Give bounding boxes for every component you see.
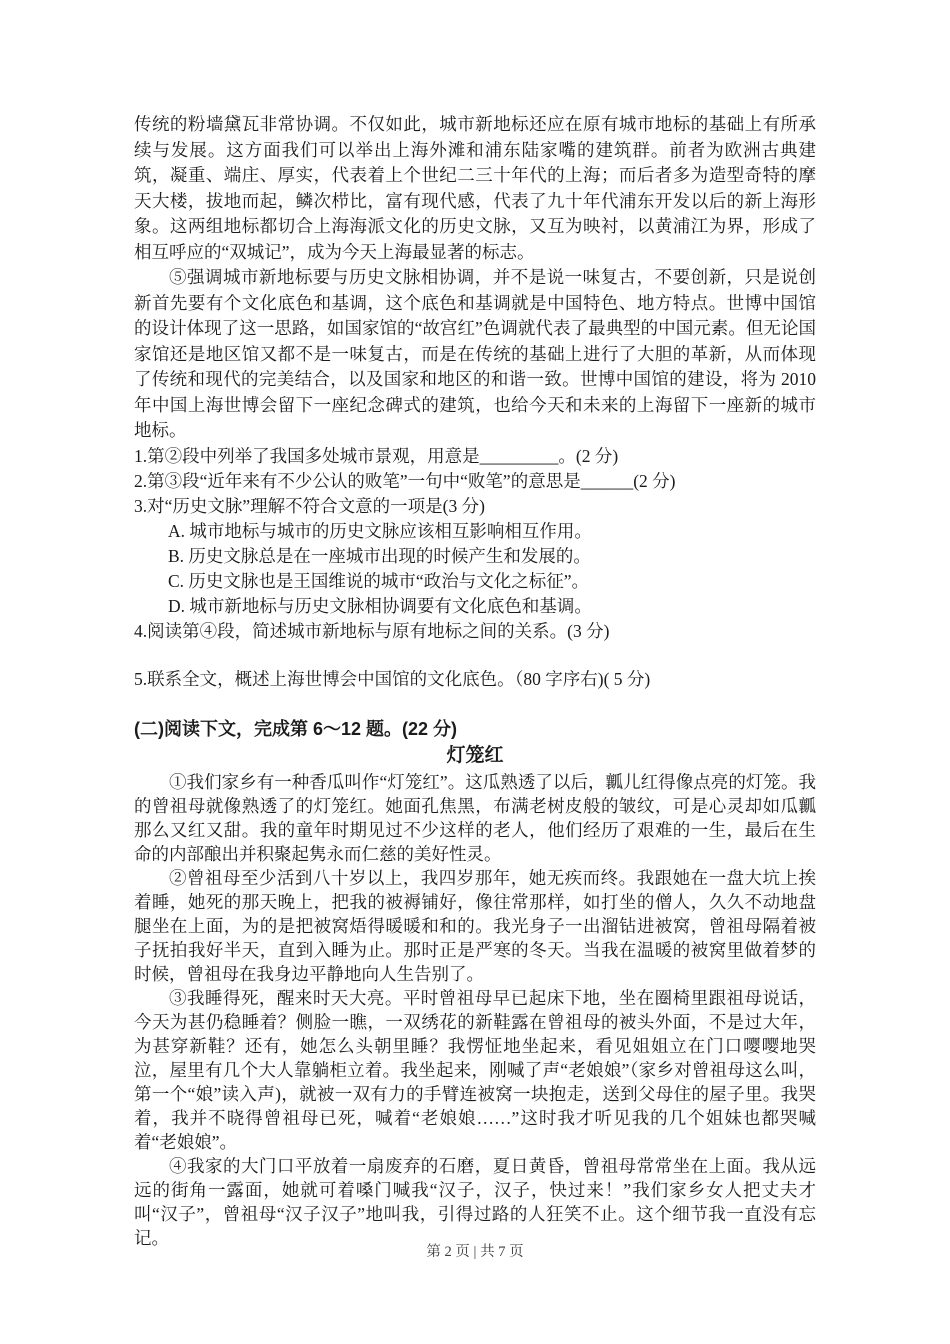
essay-paragraph-5: ⑤强调城市新地标要与历史文脉相协调，并不是说一味复古，不要创新，只是说创新首先要… [134, 265, 816, 444]
question-1: 1.第②段中列举了我国多处城市景观，用意是_________。(2 分) [134, 444, 816, 469]
question-2: 2.第③段“近年来有不少公认的败笔”一句中“败笔”的意思是______(2 分) [134, 469, 816, 494]
question-5: 5.联系全文，概述上海世博会中国馆的文化底色。（80 字序右)( 5 分) [134, 667, 816, 692]
question-3: 3.对“历史文脉”理解不符合文意的一项是(3 分) [134, 494, 816, 519]
essay-continuation-paragraph: 传统的粉墙黛瓦非常协调。不仅如此，城市新地标还应在原有城市地标的基础上有所承续与… [134, 112, 816, 265]
reading-paragraph-3: ③我睡得死，醒来时天大亮。平时曾祖母早已起床下地，坐在圈椅里跟祖母说话，今天为甚… [134, 986, 816, 1154]
question-3-option-b: B. 历史文脉总是在一座城市出现的时候产生和发展的。 [134, 544, 816, 569]
page-content: 传统的粉墙黛瓦非常协调。不仅如此，城市新地标还应在原有城市地标的基础上有所承续与… [134, 112, 816, 1250]
question-4: 4.阅读第④段，简述城市新地标与原有地标之间的关系。(3 分) [134, 619, 816, 644]
reading-paragraph-2: ②曾祖母至少活到八十岁以上，我四岁那年，她无疾而终。我跟她在一盘大坑上挨着睡，她… [134, 866, 816, 986]
question-3-option-a: A. 城市地标与城市的历史文脉应该相互影响相互作用。 [134, 519, 816, 544]
exam-paper-page: 传统的粉墙黛瓦非常协调。不仅如此，城市新地标还应在原有城市地标的基础上有所承续与… [0, 0, 950, 1344]
reading-paragraph-4: ④我家的大门口平放着一扇废弃的石磨，夏日黄昏，曾祖母常常坐在上面。我从远远的街角… [134, 1154, 816, 1250]
question-3-option-c: C. 历史文脉也是王国维说的城市“政治与文化之标征”。 [134, 569, 816, 594]
reading-paragraph-1: ①我们家乡有一种香瓜叫作“灯笼红”。这瓜熟透了以后，瓤儿红得像点亮的灯笼。我的曾… [134, 770, 816, 866]
page-number-footer: 第 2 页 | 共 7 页 [0, 1242, 950, 1262]
section-2-heading: (二)阅读下文，完成第 6～12 题。(22 分) [134, 716, 816, 742]
essay-title: 灯笼红 [134, 742, 816, 770]
question-3-option-d: D. 城市新地标与历史文脉相协调要有文化底色和基调。 [134, 594, 816, 619]
